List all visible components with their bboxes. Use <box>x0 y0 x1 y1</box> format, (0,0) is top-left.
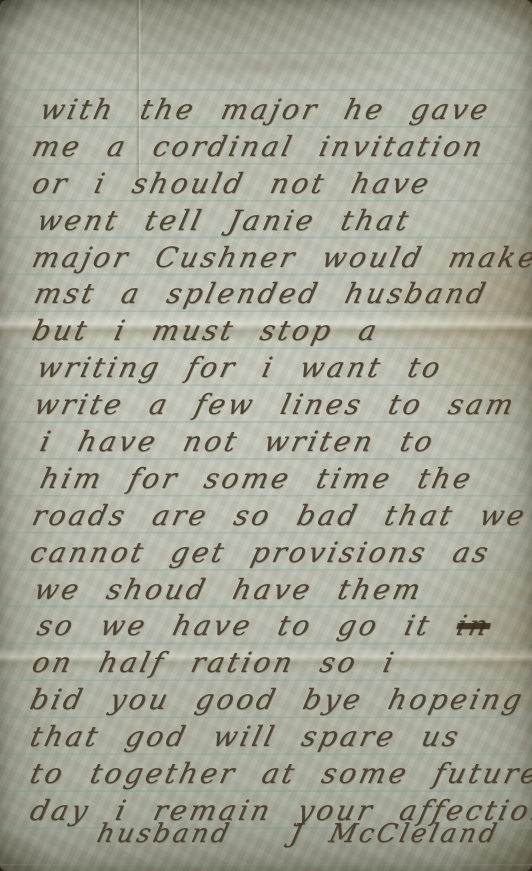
handwritten-text: roads are so bad that we <box>29 499 531 532</box>
letter-line-5: major Cushner would make <box>0 240 532 277</box>
handwritten-text: but i must stop a <box>29 314 383 347</box>
letter-line-21: husbandJ McCleland <box>0 816 532 853</box>
handwritten-text: write a few lines to sam <box>31 388 519 421</box>
handwritten-text: or i should not have <box>29 167 435 200</box>
letter-body: with the major he gaveme a cordinal invi… <box>0 92 532 853</box>
handwritten-text: we shoud have them <box>31 573 427 606</box>
handwritten-text: him for some time the <box>37 462 477 495</box>
letter-line-2: me a cordinal invitation <box>0 129 532 166</box>
letter-line-12: roads are so bad that we <box>0 498 532 535</box>
letter-line-3: or i should not have <box>0 166 532 203</box>
letter-line-14: we shoud have them <box>0 572 532 609</box>
letter-line-19: to together at some future <box>0 756 532 793</box>
handwritten-text: major Cushner would make <box>29 241 532 274</box>
letter-line-16: on half ration so i <box>0 645 532 682</box>
letter-line-6: mst a splended husband <box>0 276 532 313</box>
letter-line-1: with the major he gave <box>0 92 532 129</box>
letter-line-13: cannot get provisions as <box>0 535 532 572</box>
handwritten-text: i have not writen to <box>37 425 439 458</box>
handwritten-text: mst a splended husband <box>31 277 491 310</box>
handwritten-text: to together at some future <box>27 757 532 790</box>
handwritten-text: husband <box>94 819 234 849</box>
letter-line-18: that god will spare us <box>0 719 532 756</box>
handwritten-text: went tell Janie that <box>34 204 415 237</box>
handwritten-text: me a cordinal invitation <box>29 130 488 163</box>
letter-line-11: him for some time the <box>0 461 532 498</box>
handwritten-text: so we have to go it <box>34 609 461 642</box>
struck-word: in <box>453 609 494 642</box>
handwritten-text: J McCleland <box>288 819 503 849</box>
handwritten-text: that god will spare us <box>27 720 464 753</box>
handwritten-text: writing for i want to <box>34 351 446 384</box>
letter-line-4: went tell Janie that <box>0 203 532 240</box>
letter-line-10: i have not writen to <box>0 424 532 461</box>
letter-photograph: with the major he gaveme a cordinal invi… <box>0 0 532 871</box>
handwritten-text: bid you good bye hopeing <box>27 683 528 716</box>
handwritten-text: cannot get provisions as <box>27 536 494 569</box>
handwritten-text: on half ration so i <box>29 646 400 679</box>
letter-line-17: bid you good bye hopeing <box>0 682 532 719</box>
handwritten-text: with the major he gave <box>37 93 494 126</box>
letter-line-9: write a few lines to sam <box>0 387 532 424</box>
letter-line-8: writing for i want to <box>0 350 532 387</box>
letter-line-7: but i must stop a <box>0 313 532 350</box>
letter-line-15: so we have to go it in <box>0 608 532 645</box>
